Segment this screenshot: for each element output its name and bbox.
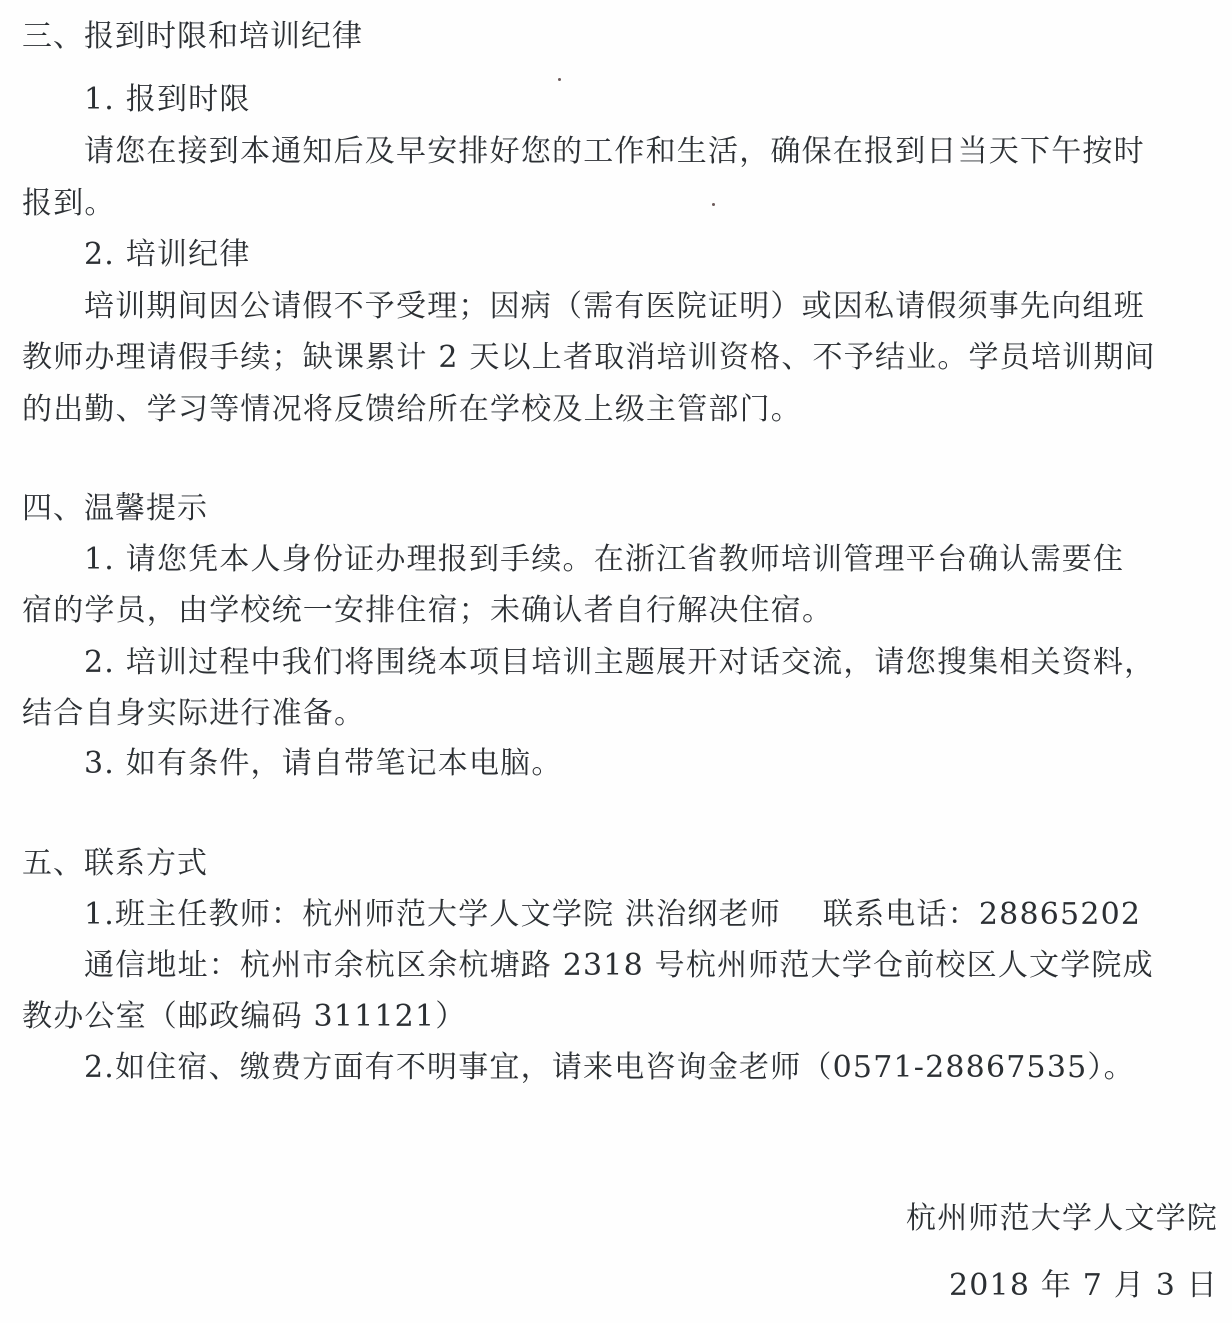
scanned-document-page: 三、报到时限和培训纪律 1. 报到时限 请您在接到本通知后及早安排好您的工作和生… bbox=[0, 0, 1232, 1323]
section-heading-tips: 四、温馨提示 bbox=[22, 491, 208, 527]
subheading-reporting-deadline: 1. 报到时限 bbox=[84, 82, 251, 118]
contact-address-continued: 教办公室（邮政编码 311121） bbox=[22, 999, 466, 1035]
list-item-1: 1. 请您凭本人身份证办理报到手续。在浙江省教师培训管理平台确认需要住 bbox=[84, 542, 1124, 578]
signature-organization: 杭州师范大学人文学院 bbox=[906, 1201, 1218, 1237]
section-heading-reporting-and-discipline: 三、报到时限和培训纪律 bbox=[22, 19, 363, 55]
subheading-training-discipline: 2. 培训纪律 bbox=[84, 237, 251, 273]
contact-address: 通信地址：杭州市余杭区余杭塘路 2318 号杭州师范大学仓前校区人文学院成 bbox=[84, 948, 1154, 984]
contact-accommodation-fees: 2.如住宿、缴费方面有不明事宜，请来电咨询金老师（0571-28867535）。 bbox=[84, 1050, 1135, 1086]
paragraph-line: 结合自身实际进行准备。 bbox=[22, 696, 365, 732]
paragraph-line: 宿的学员，由学校统一安排住宿；未确认者自行解决住宿。 bbox=[22, 593, 833, 629]
contact-head-teacher: 1.班主任教师：杭州师范大学人文学院 洪治纲老师 联系电话：28865202 bbox=[84, 897, 1141, 933]
section-heading-contact: 五、联系方式 bbox=[22, 846, 208, 882]
scan-speck bbox=[558, 78, 561, 81]
paragraph-line: 培训期间因公请假不予受理；因病（需有医院证明）或因私请假须事先向组班 bbox=[84, 289, 1145, 325]
list-item-2: 2. 培训过程中我们将围绕本项目培训主题展开对话交流，请您搜集相关资料， bbox=[84, 645, 1155, 681]
paragraph-line: 请您在接到本通知后及早安排好您的工作和生活，确保在报到日当天下午按时 bbox=[84, 134, 1145, 170]
signature-date: 2018 年 7 月 3 日 bbox=[949, 1268, 1218, 1304]
scan-speck bbox=[712, 203, 715, 206]
list-item-3: 3. 如有条件，请自带笔记本电脑。 bbox=[84, 746, 563, 782]
paragraph-line: 的出勤、学习等情况将反馈给所在学校及上级主管部门。 bbox=[22, 392, 802, 428]
paragraph-line: 报到。 bbox=[22, 186, 116, 222]
paragraph-line: 教师办理请假手续；缺课累计 2 天以上者取消培训资格、不予结业。学员培训期间 bbox=[22, 340, 1156, 376]
